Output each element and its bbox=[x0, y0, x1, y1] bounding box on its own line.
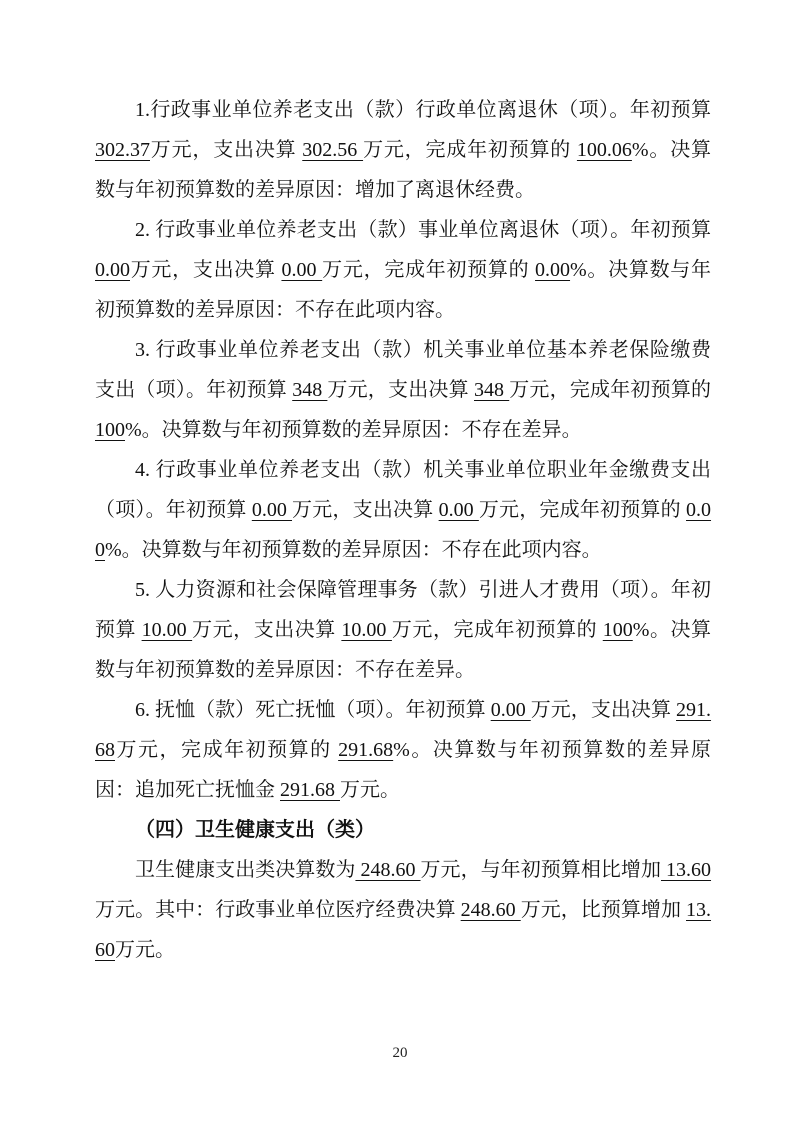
paragraph-pension-basic-insurance: 3. 行政事业单位养老支出（款）机关事业单位基本养老保险缴费支出（项）。年初预算… bbox=[95, 330, 711, 450]
paragraph-pension-admin-retirement: 1.行政事业单位养老支出（款）行政单位离退休（项）。年初预算 302.37万元，… bbox=[95, 90, 711, 210]
paragraph-health-expenditure-summary: 卫生健康支出类决算数为 248.60 万元，与年初预算相比增加 13.60万元。… bbox=[95, 850, 711, 970]
document-body: 1.行政事业单位养老支出（款）行政单位离退休（项）。年初预算 302.37万元，… bbox=[95, 90, 711, 970]
page-number: 20 bbox=[0, 1043, 800, 1063]
paragraph-pension-occupational-annuity: 4. 行政事业单位养老支出（款）机关事业单位职业年金缴费支出（项）。年初预算 0… bbox=[95, 450, 711, 570]
document-page: 1.行政事业单位养老支出（款）行政单位离退休（项）。年初预算 302.37万元，… bbox=[0, 0, 800, 1131]
paragraph-pension-institution-retirement: 2. 行政事业单位养老支出（款）事业单位离退休（项）。年初预算 0.00万元，支… bbox=[95, 210, 711, 330]
paragraph-hr-talent-fee: 5. 人力资源和社会保障管理事务（款）引进人才费用（项）。年初预算 10.00 … bbox=[95, 570, 711, 690]
section-heading-health-expenditure: （四）卫生健康支出（类） bbox=[95, 810, 711, 850]
paragraph-death-benefit: 6. 抚恤（款）死亡抚恤（项）。年初预算 0.00 万元，支出决算 291.68… bbox=[95, 690, 711, 810]
